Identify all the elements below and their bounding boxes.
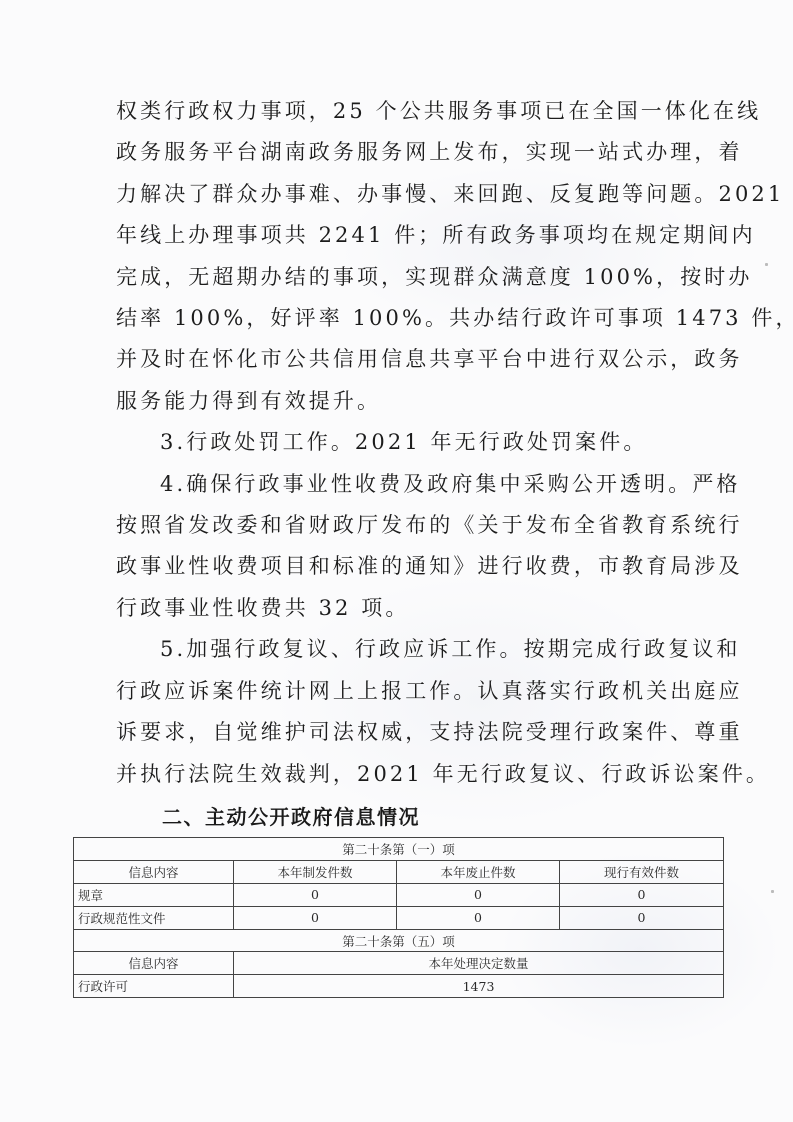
info-disclosure-table: 第二十条第（一）项 信息内容 本年制发件数 本年废止件数 现行有效件数 规章 0… [73,837,724,998]
table-cell: 0 [560,906,724,929]
column-header: 本年废止件数 [397,860,560,883]
column-header: 现行有效件数 [560,860,724,883]
text-line: 权类行政权力事项，25 个公共服务事项已在全国一体化在线 [116,91,668,132]
text-line: 年线上办理事项共 2241 件；所有政务事项均在规定期间内 [116,215,668,256]
text-line: 并及时在怀化市公共信用信息共享平台中进行双公示，政务 [116,339,668,380]
table-row: 行政规范性文件 0 0 0 [74,906,724,929]
text-line: 政事业性收费项目和标准的通知》进行收费，市教育局涉及 [116,546,668,587]
paragraph-fees-procurement: 4.确保行政事业性收费及政府集中采购公开透明。严格 按照省发改委和省财政厅发布的… [116,464,668,630]
scan-mark [771,890,774,893]
table-header-row: 信息内容 本年处理决定数量 [74,952,724,975]
text-line: 政务服务平台湖南政务服务网上发布，实现一站式办理，着 [116,132,668,173]
text-line: 完成，无超期办结的事项，实现群众满意度 100%，按时办 [116,257,668,298]
row-label: 行政许可 [74,975,234,998]
text-line: 诉要求，自觉维护司法权威，支持法院受理行政案件、尊重 [116,712,668,753]
text-line: 结率 100%，好评率 100%。共办结行政许可事项 1473 件， [116,298,668,339]
column-header: 信息内容 [74,952,234,975]
text-line: 3.行政处罚工作。2021 年无行政处罚案件。 [116,422,668,463]
table-cell: 0 [560,883,724,906]
paragraph-review-litigation: 5.加强行政复议、行政应诉工作。按期完成行政复议和 行政应诉案件统计网上上报工作… [116,629,668,795]
column-header: 本年制发件数 [234,860,397,883]
paragraph-administrative-penalty: 3.行政处罚工作。2021 年无行政处罚案件。 [116,422,668,463]
text-line: 5.加强行政复议、行政应诉工作。按期完成行政复议和 [116,629,668,670]
text-line: 力解决了群众办事难、办事慢、来回跑、反复跑等问题。2021 [116,174,668,215]
table-section-title-row: 第二十条第（一）项 [74,838,724,861]
text-line: 并执行法院生效裁判，2021 年无行政复议、行政诉讼案件。 [116,754,668,795]
table-cell: 1473 [234,975,724,998]
table-cell: 0 [234,906,397,929]
text-line: 服务能力得到有效提升。 [116,381,668,422]
row-label: 行政规范性文件 [74,906,234,929]
column-header: 信息内容 [74,860,234,883]
table-row: 行政许可 1473 [74,975,724,998]
table-header-row: 信息内容 本年制发件数 本年废止件数 现行有效件数 [74,860,724,883]
table-cell: 0 [397,883,560,906]
text-line: 行政应诉案件统计网上上报工作。认真落实行政机关出庭应 [116,671,668,712]
document-body: 权类行政权力事项，25 个公共服务事项已在全国一体化在线 政务服务平台湖南政务服… [116,91,668,795]
text-line: 按照省发改委和省财政厅发布的《关于发布全省教育系统行 [116,505,668,546]
table-section-title-row: 第二十条第（五）项 [74,929,724,952]
text-line: 4.确保行政事业性收费及政府集中采购公开透明。严格 [116,464,668,505]
table-cell: 0 [397,906,560,929]
table-cell: 0 [234,883,397,906]
column-header: 本年处理决定数量 [234,952,724,975]
row-label: 规章 [74,883,234,906]
section-title-article-20-5: 第二十条第（五）项 [74,929,724,952]
section-heading: 二、主动公开政府信息情况 [162,801,420,830]
text-line: 行政事业性收费共 32 项。 [116,588,668,629]
paragraph-online-services: 权类行政权力事项，25 个公共服务事项已在全国一体化在线 政务服务平台湖南政务服… [116,91,668,422]
section-title-article-20-1: 第二十条第（一）项 [74,838,724,861]
scan-mark [765,263,768,266]
table-row: 规章 0 0 0 [74,883,724,906]
